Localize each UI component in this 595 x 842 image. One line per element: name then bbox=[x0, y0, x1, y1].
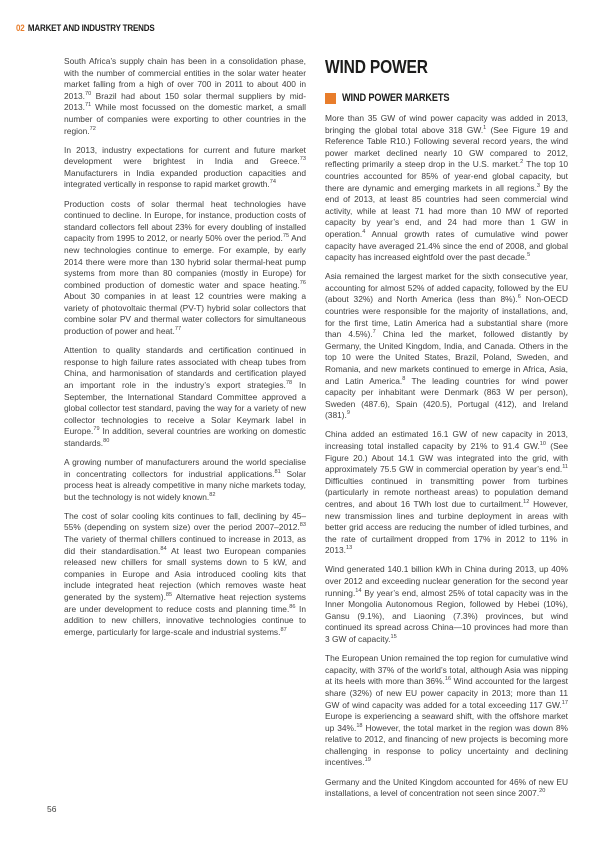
footnote-ref: 85 bbox=[166, 592, 172, 598]
footnote-ref: 81 bbox=[275, 469, 281, 475]
footnote-ref: 10 bbox=[540, 441, 546, 447]
footnote-ref: 86 bbox=[289, 604, 295, 610]
paragraph: The European Union remained the top regi… bbox=[325, 653, 568, 769]
paragraph: Production costs of solar thermal heat t… bbox=[64, 199, 306, 338]
footnote-ref: 71 bbox=[85, 103, 91, 109]
square-bullet-icon bbox=[325, 93, 336, 104]
footnote-ref: 16 bbox=[445, 677, 451, 683]
paragraph: The cost of solar cooling kits continues… bbox=[64, 511, 306, 639]
paragraph: More than 35 GW of wind power capacity w… bbox=[325, 113, 568, 264]
footnote-ref: 1 bbox=[483, 125, 486, 131]
page-header: 02MARKET AND INDUSTRY TRENDS bbox=[16, 18, 181, 36]
footnote-ref: 5 bbox=[527, 252, 530, 258]
wind-power-markets-subheading: WIND POWER MARKETS bbox=[325, 92, 568, 104]
wind-power-heading: WIND POWER bbox=[325, 56, 568, 78]
footnote-ref: 2 bbox=[520, 160, 523, 166]
footnote-ref: 18 bbox=[356, 723, 362, 729]
footnote-ref: 17 bbox=[562, 700, 568, 706]
paragraph: Asia remained the largest market for the… bbox=[325, 271, 568, 422]
section-title: MARKET AND INDUSTRY TRENDS bbox=[28, 23, 155, 34]
footnote-ref: 75 bbox=[283, 234, 289, 240]
paragraph: In 2013, industry expectations for curre… bbox=[64, 145, 306, 191]
paragraph: A growing number of manufacturers around… bbox=[64, 457, 306, 503]
paragraph: South Africa’s supply chain has been in … bbox=[64, 56, 306, 137]
footnote-ref: 11 bbox=[562, 464, 568, 470]
footnote-ref: 79 bbox=[93, 427, 99, 433]
footnote-ref: 84 bbox=[160, 546, 166, 552]
footnote-ref: 15 bbox=[390, 634, 396, 640]
wind-power-markets-subheading-text: WIND POWER MARKETS bbox=[342, 92, 449, 104]
section-number: 02 bbox=[16, 23, 25, 34]
footnote-ref: 87 bbox=[280, 627, 286, 633]
right-column: WIND POWER WIND POWER MARKETS More than … bbox=[325, 56, 568, 807]
footnote-ref: 82 bbox=[209, 492, 215, 498]
document-page: 02MARKET AND INDUSTRY TRENDS South Afric… bbox=[0, 0, 595, 842]
paragraph: China added an estimated 16.1 GW of new … bbox=[325, 429, 568, 557]
footnote-ref: 77 bbox=[175, 326, 181, 332]
footnote-ref: 7 bbox=[373, 329, 376, 335]
footnote-ref: 70 bbox=[85, 91, 91, 97]
footnote-ref: 20 bbox=[539, 788, 545, 794]
footnote-ref: 9 bbox=[347, 411, 350, 417]
footnote-ref: 78 bbox=[286, 380, 292, 386]
page-number: 56 bbox=[47, 804, 56, 814]
paragraph: Germany and the United Kingdom accounted… bbox=[325, 777, 568, 800]
footnote-ref: 72 bbox=[90, 126, 96, 132]
footnote-ref: 4 bbox=[362, 229, 365, 235]
footnote-ref: 12 bbox=[523, 499, 529, 505]
header-line: 02MARKET AND INDUSTRY TRENDS bbox=[16, 23, 154, 34]
paragraph: Attention to quality standards and certi… bbox=[64, 345, 306, 449]
footnote-ref: 8 bbox=[402, 376, 405, 382]
footnote-ref: 76 bbox=[300, 280, 306, 286]
footnote-ref: 80 bbox=[103, 438, 109, 444]
left-column: South Africa’s supply chain has been in … bbox=[64, 56, 306, 646]
footnote-ref: 19 bbox=[365, 758, 371, 764]
paragraph: Wind generated 140.1 billion kWh in Chin… bbox=[325, 564, 568, 645]
footnote-ref: 3 bbox=[537, 183, 540, 189]
right-column-body: More than 35 GW of wind power capacity w… bbox=[325, 113, 568, 800]
footnote-ref: 74 bbox=[270, 180, 276, 186]
wind-power-heading-text: WIND POWER bbox=[325, 56, 428, 78]
footnote-ref: 83 bbox=[300, 523, 306, 529]
footnote-ref: 6 bbox=[518, 295, 521, 301]
footnote-ref: 73 bbox=[300, 156, 306, 162]
footnote-ref: 13 bbox=[346, 546, 352, 552]
footnote-ref: 14 bbox=[355, 588, 361, 594]
